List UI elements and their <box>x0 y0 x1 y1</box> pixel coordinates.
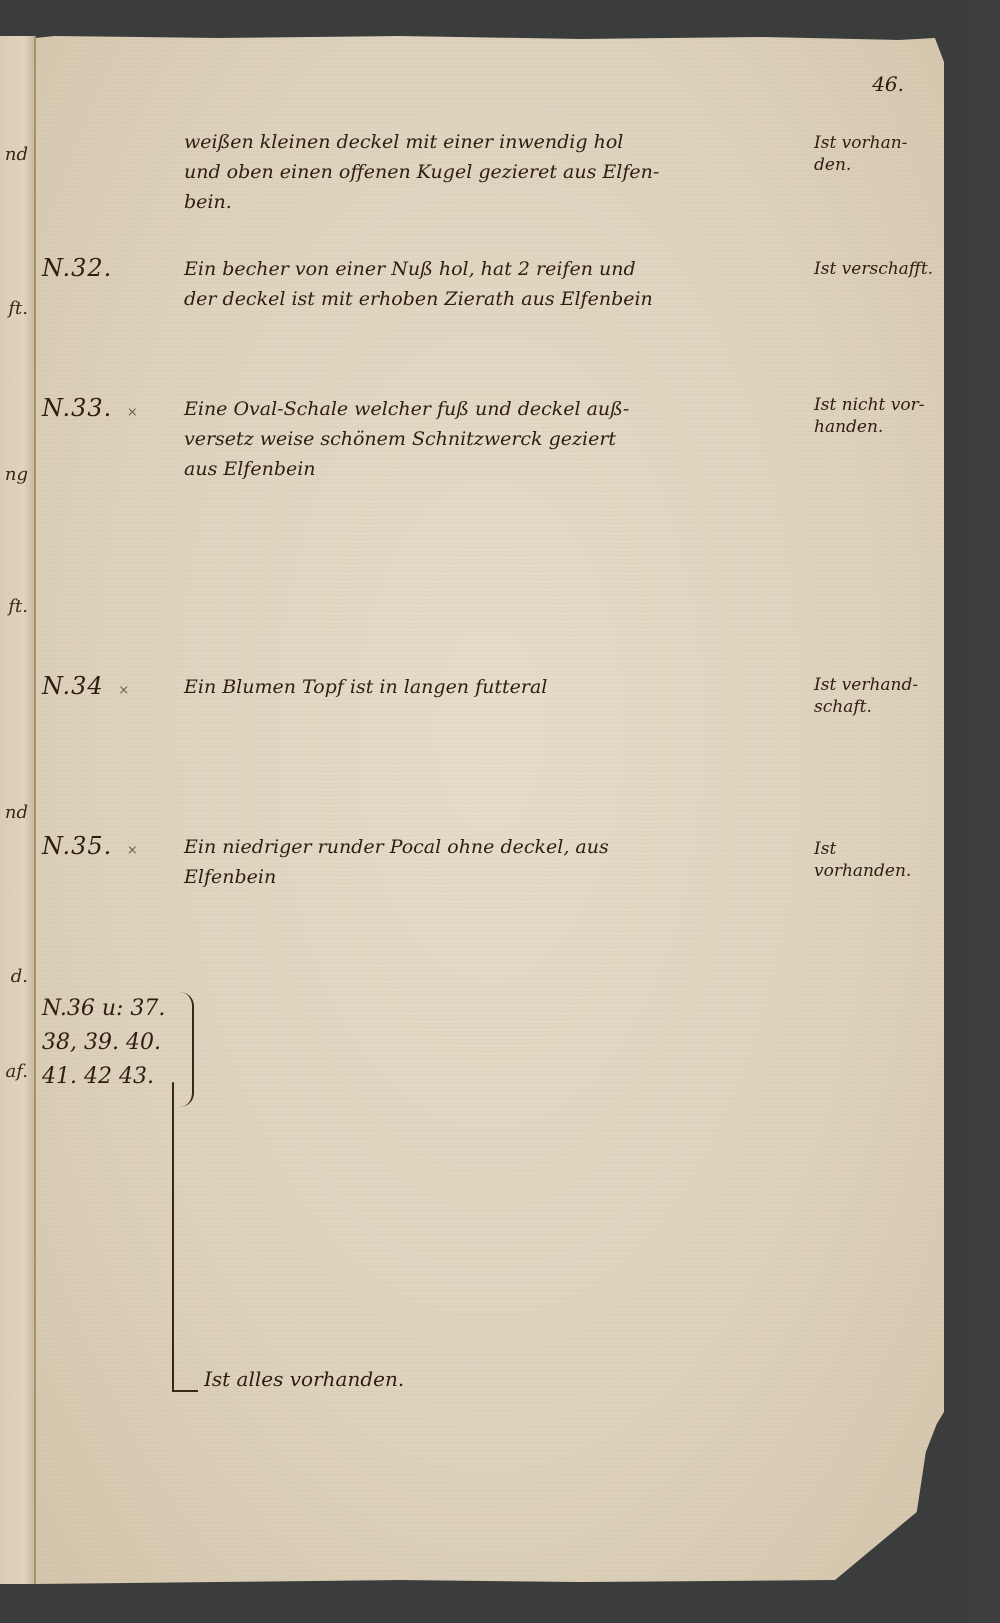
grouped-entry-numbers: N.36 u: 37. 38, 39. 40. 41. 42 43. <box>42 992 165 1094</box>
bracket-connector-foot <box>172 1390 198 1392</box>
prev-page-fragment: ft. <box>8 596 28 617</box>
bracket-connector-line <box>172 1082 174 1392</box>
entry-text-33: Eine Oval-Schale welcher fuß und deckel … <box>184 394 804 484</box>
entry-line: Eine Oval-Schale welcher fuß und deckel … <box>184 394 804 424</box>
entry-status-34: Ist verhand- schaft. <box>814 674 934 718</box>
prev-page-fragment: d. <box>11 966 28 987</box>
entry-status-32: Ist verschafft. <box>814 258 934 280</box>
entry-text-32: Ein becher von einer Nuß hol, hat 2 reif… <box>184 254 804 314</box>
entry-line: Ein niedriger runder Pocal ohne deckel, … <box>184 832 804 862</box>
entry-continuation-status: Ist vorhan- den. <box>814 132 934 176</box>
entry-line: versetz weise schönem Schnitzwerck gezie… <box>184 424 804 454</box>
group-number-line: 38, 39. 40. <box>42 1026 165 1060</box>
status-line: Ist nicht vor- <box>814 394 934 416</box>
folio-number: 46. <box>872 72 904 96</box>
curly-brace-icon <box>174 992 194 1107</box>
entry-line: der deckel ist mit erhoben Zierath aus E… <box>184 284 804 314</box>
status-line: Ist vorhanden. <box>814 838 934 882</box>
entry-line: und oben einen offenen Kugel gezieret au… <box>184 157 804 187</box>
entry-line: Elfenbein <box>184 862 804 892</box>
entry-status-35: Ist vorhanden. <box>814 838 934 882</box>
previous-page-edge: nd ft. ng ft. nd d. af. <box>0 36 36 1584</box>
prev-page-fragment: nd <box>5 802 28 823</box>
entry-text-35: Ein niedriger runder Pocal ohne deckel, … <box>184 832 804 892</box>
cross-mark-icon: × <box>127 843 139 858</box>
entry-number: N.34 <box>42 672 104 700</box>
group-status: Ist alles vorhanden. <box>204 1367 404 1391</box>
cross-mark-icon: × <box>118 683 130 698</box>
entry-line: weißen kleinen deckel mit einer inwendig… <box>184 127 804 157</box>
entry-line: bein. <box>184 187 804 217</box>
group-number-line: 41. 42 43. <box>42 1060 165 1094</box>
status-line: handen. <box>814 416 934 438</box>
entry-number-34: N.34 × <box>42 672 130 700</box>
cross-mark-icon: × <box>127 405 139 420</box>
status-line: schaft. <box>814 696 934 718</box>
prev-page-fragment: af. <box>6 1061 28 1082</box>
prev-page-fragment: ng <box>5 464 28 485</box>
status-line: den. <box>814 154 934 176</box>
group-number-line: N.36 u: 37. <box>42 992 165 1026</box>
entry-continuation-text: weißen kleinen deckel mit einer inwendig… <box>184 127 804 217</box>
entry-number: N.33. <box>42 394 112 422</box>
entry-text-34: Ein Blumen Topf ist in langen futteral <box>184 672 804 702</box>
entry-line: Ein becher von einer Nuß hol, hat 2 reif… <box>184 254 804 284</box>
entry-line: aus Elfenbein <box>184 454 804 484</box>
entry-number-35: N.35. × <box>42 832 139 860</box>
entry-number: N.35. <box>42 832 112 860</box>
entry-number-32: N.32. <box>42 254 112 282</box>
entry-number: N.32. <box>42 254 112 282</box>
prev-page-fragment: nd <box>5 144 28 165</box>
status-line: Ist verhand- <box>814 674 934 696</box>
entry-number-33: N.33. × <box>42 394 139 422</box>
status-line: Ist verschafft. <box>814 258 934 280</box>
prev-page-fragment: ft. <box>8 298 28 319</box>
manuscript-page: 46. weißen kleinen deckel mit einer inwe… <box>36 32 944 1584</box>
status-line: Ist vorhan- <box>814 132 934 154</box>
entry-status-33: Ist nicht vor- handen. <box>814 394 934 438</box>
entry-line: Ein Blumen Topf ist in langen futteral <box>184 672 804 702</box>
